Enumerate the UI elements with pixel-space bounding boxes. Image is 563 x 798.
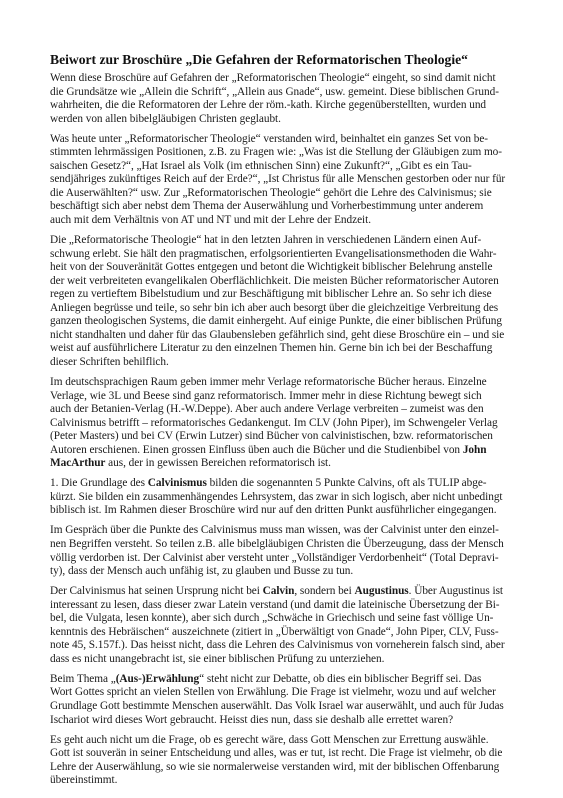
text-line: regen zu vertieftem Bibelstudium und zur… bbox=[50, 288, 530, 302]
text-line: Gott ist souverän in seiner Entscheidung… bbox=[50, 747, 530, 761]
bold-term-calvinismus: Calvinismus bbox=[148, 477, 207, 489]
text-line: schwung erlebt. Sie hält den pragmatisch… bbox=[50, 248, 530, 262]
text-line: übereinstimmt. bbox=[50, 774, 530, 788]
bold-name-calvin: Calvin bbox=[263, 585, 295, 597]
text-line: ty), dass der Mensch auch unfähig ist, z… bbox=[50, 565, 530, 579]
bold-name-macarthur: MacArthur bbox=[50, 457, 105, 469]
text-line: auch der Betanien-Verlag (H.-W.Deppe). A… bbox=[50, 403, 530, 417]
text-line: Im deutschsprachigen Raum geben immer me… bbox=[50, 376, 530, 390]
paragraph-tulip: 1. Die Grundlage des Calvinismus bilden … bbox=[50, 477, 530, 518]
text-line: nen Begriffen versteht. So teilen z.B. a… bbox=[50, 538, 530, 552]
text-line: der weit verbreiteten evangelikalen Ober… bbox=[50, 275, 530, 289]
text-line: Die „Reformatorische Theologie“ hat in d… bbox=[50, 234, 530, 248]
document-page: Beiwort zur Broschüre „Die Gefahren der … bbox=[50, 51, 530, 794]
paragraph-definition: Was heute unter „Reformatorischer Theolo… bbox=[50, 133, 530, 228]
text-line: Wort Gottes spricht an vielen Stellen vo… bbox=[50, 686, 530, 700]
text-line: nicht standhalten und daher für das Glau… bbox=[50, 329, 530, 343]
text-line: Ischariot wird dieses Wort gebraucht. He… bbox=[50, 714, 530, 728]
text-segment: Beim Thema „ bbox=[50, 673, 116, 685]
text-line: Der Calvinismus hat seinen Ursprung nich… bbox=[50, 585, 530, 599]
paragraph-upswing: Die „Reformatorische Theologie“ hat in d… bbox=[50, 234, 530, 369]
text-line: völlig verdorben ist. Der Calvinist aber… bbox=[50, 552, 530, 566]
text-line: biblisch ist. Im Rahmen dieser Broschüre… bbox=[50, 504, 530, 518]
text-line: wahrheiten, die die Reformatoren der Leh… bbox=[50, 99, 530, 113]
text-line: stimmten lehrmässigen Positionen, z.B. z… bbox=[50, 146, 530, 160]
text-segment: bilden die sogenannten 5 Punkte Calvins,… bbox=[207, 477, 487, 489]
text-line: bel, die Vulgata, lesen konnte), aber si… bbox=[50, 612, 530, 626]
text-line: saischen Gesetz?“, „Hat Israel als Volk … bbox=[50, 160, 530, 174]
text-line: 1. Die Grundlage des Calvinismus bilden … bbox=[50, 477, 530, 491]
text-segment: “ steht nicht zur Debatte, ob dies ein b… bbox=[199, 673, 481, 685]
text-line: auch mit dem Verhältnis von AT und NT un… bbox=[50, 214, 530, 228]
text-segment: , sondern bei bbox=[294, 585, 354, 597]
text-segment: . Über Augustinus ist bbox=[409, 585, 503, 597]
text-line: Autoren erschienen. Einen grossen Einflu… bbox=[50, 444, 530, 458]
text-line: kenntnis des Hebräischen“ auszeichnete (… bbox=[50, 626, 530, 640]
text-line: MacArthur aus, der in gewissen Bereichen… bbox=[50, 457, 530, 471]
text-segment: aus, der in gewissen Bereichen reformato… bbox=[108, 457, 331, 469]
paragraph-publishers: Im deutschsprachigen Raum geben immer me… bbox=[50, 376, 530, 471]
text-line: sendjähriges zukünftiges Reich auf der E… bbox=[50, 173, 530, 187]
text-line: dass es nicht unangebracht ist, sie eine… bbox=[50, 653, 530, 667]
text-line: heit von der Souveränität Gottes entgege… bbox=[50, 261, 530, 275]
text-segment: 1. Die Grundlage des bbox=[50, 477, 148, 489]
text-line: Lehre der Auserwählung, so wie sie norma… bbox=[50, 761, 530, 775]
paragraph-depravity: Im Gespräch über die Punkte des Calvinis… bbox=[50, 524, 530, 578]
text-line: Was heute unter „Reformatorischer Theolo… bbox=[50, 133, 530, 147]
text-line: werden von allen bibelgläubigen Christen… bbox=[50, 113, 530, 127]
text-line: Verlage, wie 3L und Beese sind ganz refo… bbox=[50, 390, 530, 404]
text-line: dieser Schriften behilflich. bbox=[50, 356, 530, 370]
text-line: Im Gespräch über die Punkte des Calvinis… bbox=[50, 524, 530, 538]
bold-name-augustinus: Augustinus bbox=[355, 585, 409, 597]
bold-name-john: John bbox=[463, 444, 487, 456]
text-line: kürzt. Sie bilden ein zusammenhängendes … bbox=[50, 491, 530, 505]
text-line: Grundlage Gott bestimmte Menschen auserw… bbox=[50, 700, 530, 714]
text-segment: Der Calvinismus hat seinen Ursprung nich… bbox=[50, 585, 263, 597]
text-line: Es geht auch nicht um die Frage, ob es g… bbox=[50, 734, 530, 748]
text-line: Anliegen begrüsse und teile, so sehr bin… bbox=[50, 302, 530, 316]
text-line: die Auserwählten?“ usw. Zur „Reformatori… bbox=[50, 187, 530, 201]
paragraph-augustinus: Der Calvinismus hat seinen Ursprung nich… bbox=[50, 585, 530, 666]
text-segment: Autoren erschienen. Einen grossen Einflu… bbox=[50, 444, 463, 456]
paragraph-election: Beim Thema „(Aus-)Erwählung“ steht nicht… bbox=[50, 673, 530, 727]
text-line: Calvinismus betrifft – reformatorisches … bbox=[50, 417, 530, 431]
bold-term-erwaehlung: (Aus-)Erwählung bbox=[116, 673, 199, 685]
text-line: weist auf ausführlichere Literatur zu de… bbox=[50, 342, 530, 356]
text-line: ganzen theologischen Systems, die damit … bbox=[50, 315, 530, 329]
paragraph-intro: Wenn diese Broschüre auf Gefahren der „R… bbox=[50, 72, 530, 126]
text-line: (Peter Masters) und bei CV (Erwin Lutzer… bbox=[50, 430, 530, 444]
text-line: beschäftigt sich aber nebst dem Thema de… bbox=[50, 200, 530, 214]
text-line: note 45, S.157f.). Das heisst nicht, das… bbox=[50, 639, 530, 653]
paragraph-justice: Es geht auch nicht um die Frage, ob es g… bbox=[50, 734, 530, 788]
text-line: Beim Thema „(Aus-)Erwählung“ steht nicht… bbox=[50, 673, 530, 687]
text-line: die Grundsätze wie „Allein die Schrift“,… bbox=[50, 86, 530, 100]
document-title: Beiwort zur Broschüre „Die Gefahren der … bbox=[50, 51, 530, 68]
text-line: interessant zu lesen, dass dieser zwar L… bbox=[50, 599, 530, 613]
text-line: Wenn diese Broschüre auf Gefahren der „R… bbox=[50, 72, 530, 86]
